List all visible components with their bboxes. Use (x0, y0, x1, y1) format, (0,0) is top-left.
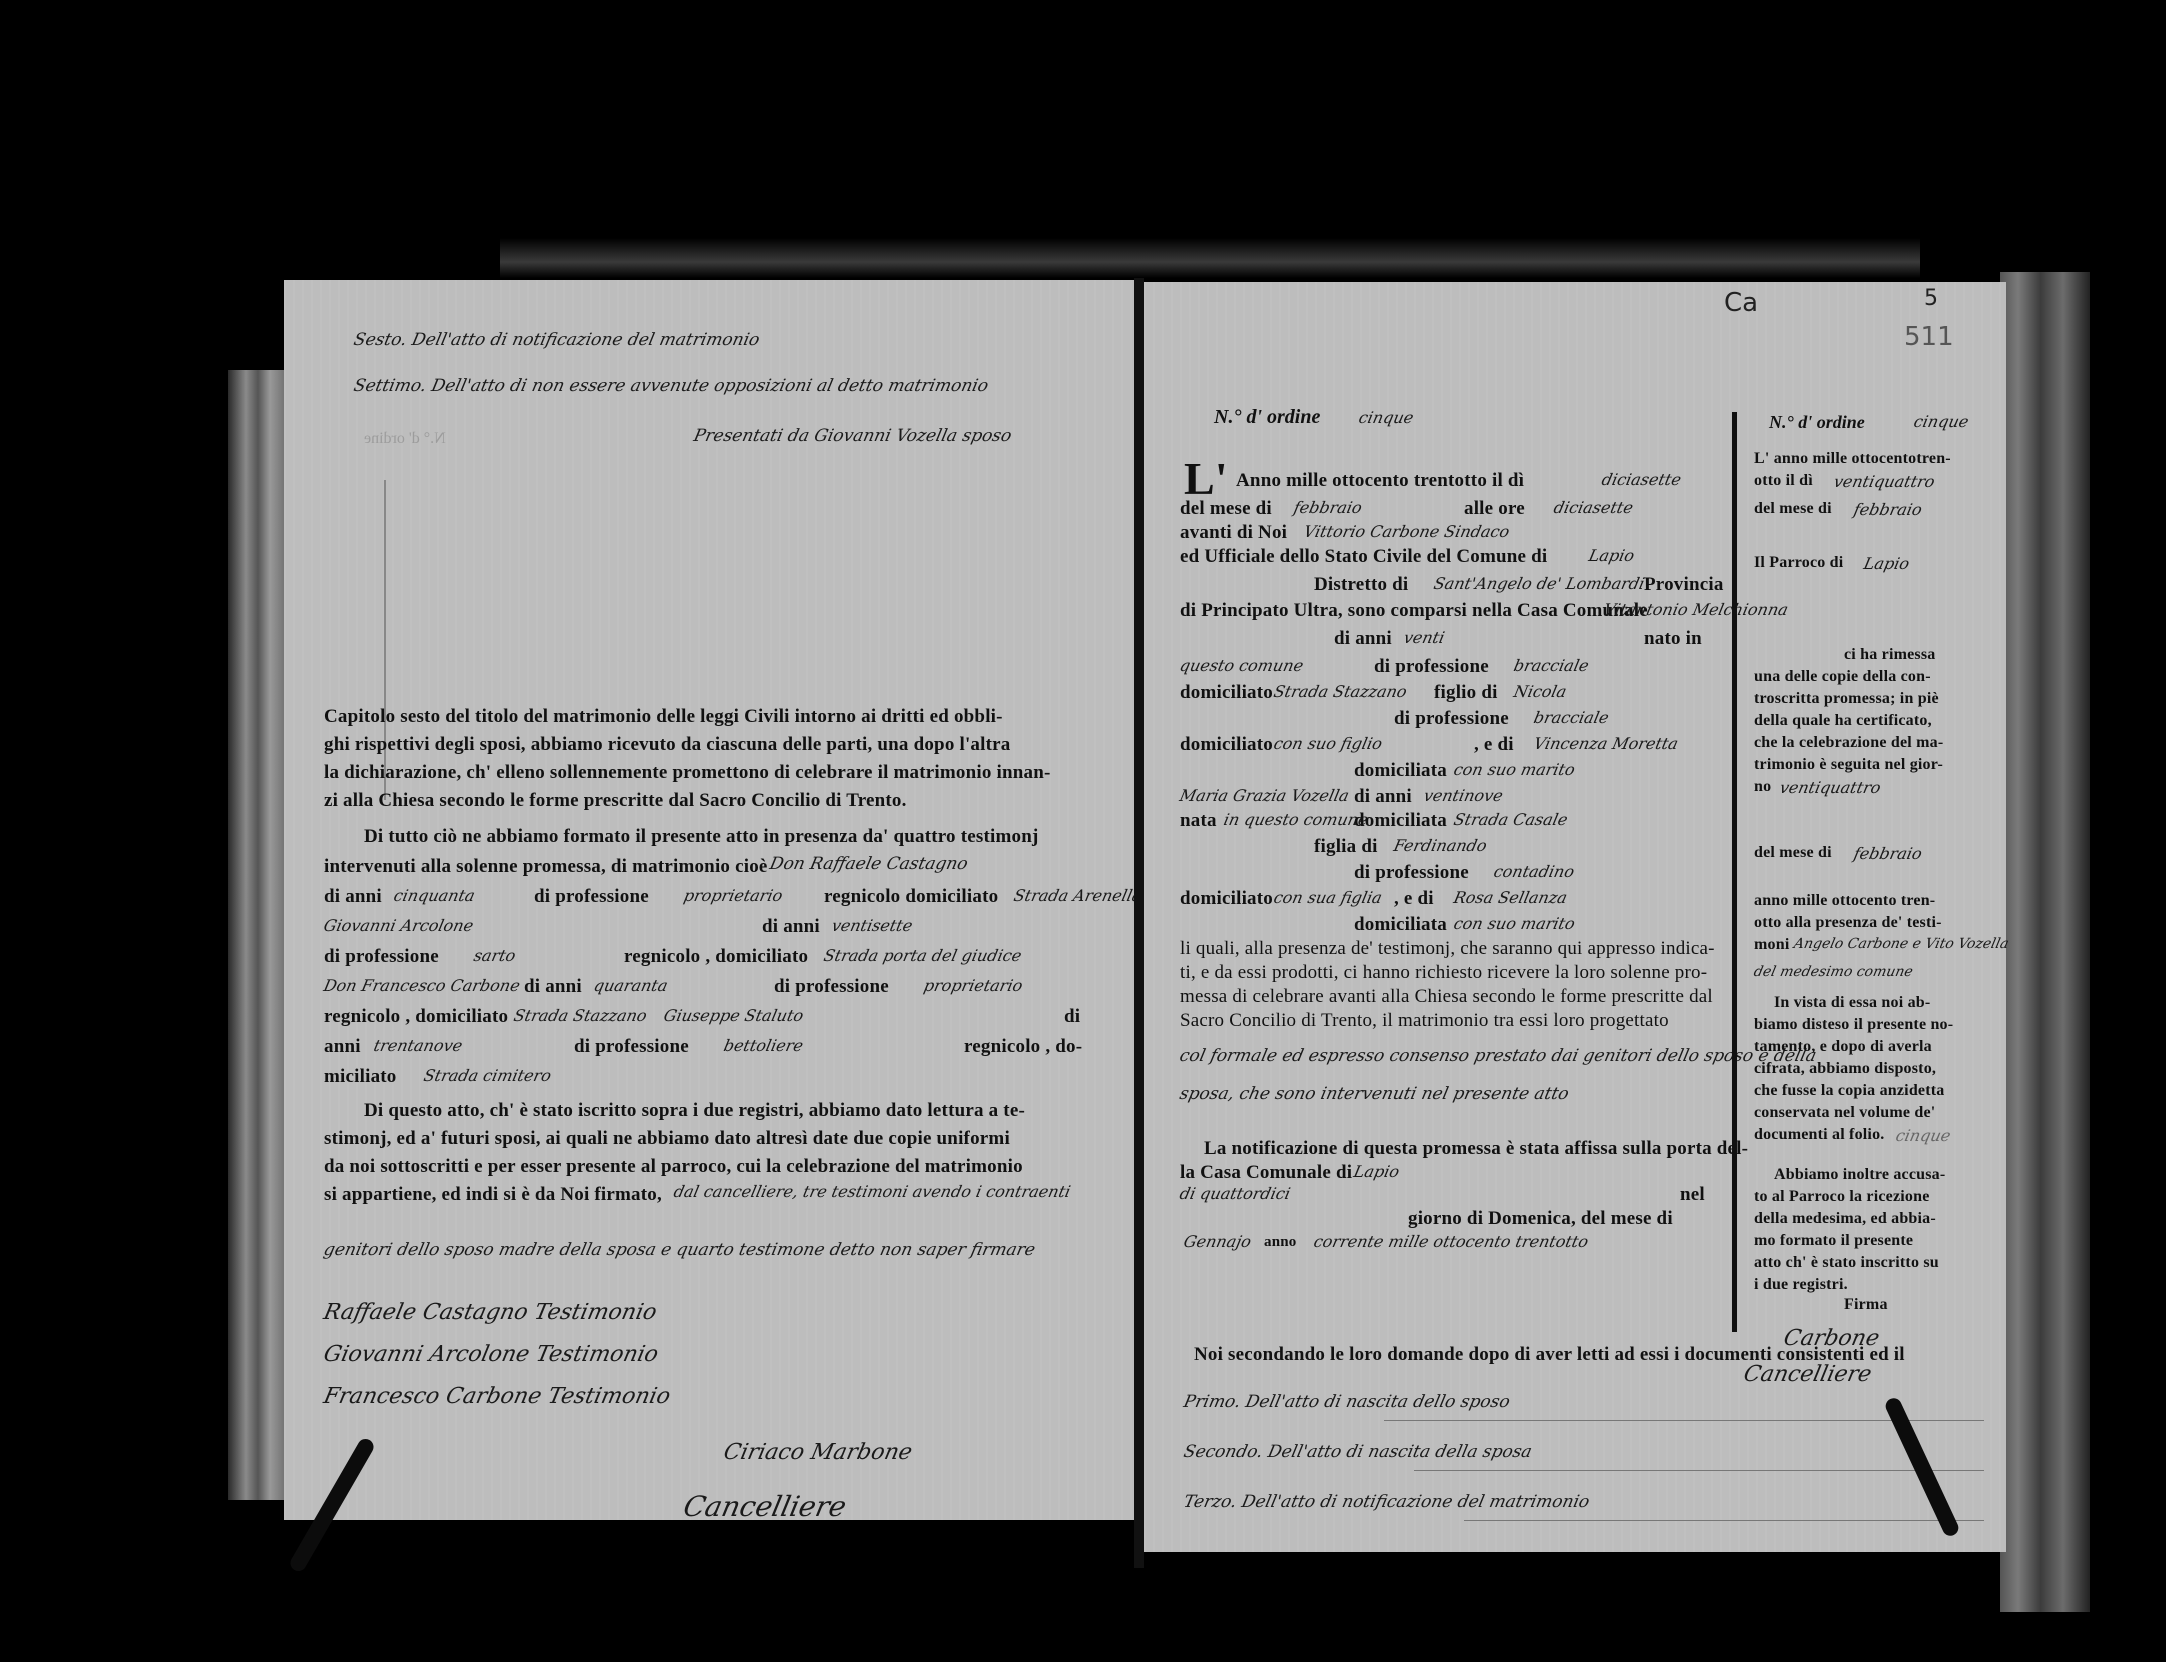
day-value: diciasette (1600, 470, 1683, 489)
margin-rimessa-line: della quale ha certificato, (1754, 712, 1932, 730)
label-di-professione: di professione (1394, 708, 1509, 730)
margin-folio-value: cinque (1894, 1126, 1952, 1145)
margin-mese-value: febbraio (1852, 500, 1924, 519)
document-item: Primo. Dell'atto di nascita dello sposo (1182, 1392, 1512, 1412)
margin-parroco-value: Lapio (1862, 554, 1911, 573)
margin-anno-line: otto il dì (1754, 472, 1813, 490)
margin-vista-line: che fusse la copia anzidetta (1754, 1082, 1944, 1100)
bride-age: ventinove (1422, 786, 1505, 805)
right-page: Ca 5 511 N.° d' ordine cinque L' Anno mi… (1144, 282, 2006, 1552)
groom-mother-domicile: con suo marito (1452, 760, 1577, 779)
label-distretto: Distretto di (1314, 574, 1408, 596)
body-line: li quali, alla presenza de' testimonj, c… (1180, 938, 1715, 960)
margin-rimessa-line: ci ha rimessa (1844, 646, 1935, 664)
closing-handwritten-2: genitori dello sposo madre della sposa e… (322, 1240, 1037, 1260)
witness-1-profession: proprietario (682, 886, 784, 905)
witness-2-profession: sarto (472, 946, 518, 965)
label-di-anni: di anni (324, 886, 382, 908)
closing-line: da noi sottoscritti e per esser presente… (324, 1156, 1023, 1178)
sindaco-signature: Ciriaco Marbone (721, 1440, 914, 1465)
cancelliere-signature: Cancelliere (680, 1490, 849, 1523)
label-di-professione: di professione (534, 886, 649, 908)
label-nato-in: nato in (1644, 628, 1702, 650)
open-register-book: N.° d' ordine Sesto. Dell'atto di notifi… (0, 0, 2166, 1662)
groom-profession: bracciale (1512, 656, 1591, 675)
document-item: Terzo. Dell'atto di notificazione del ma… (1182, 1492, 1591, 1512)
margin-testimoni-value-2: del medesimo comune (1752, 964, 1914, 980)
label-provincia: Provincia (1644, 574, 1724, 596)
body-line: messa di celebrare avanti alla Chiesa se… (1180, 986, 1713, 1008)
label-domiciliato: domiciliato (1180, 734, 1273, 756)
label-di-anni: di anni (762, 916, 820, 938)
margin-inoltre-line: to al Parroco la ricezione (1754, 1188, 1930, 1206)
closing-line: si appartiene, ed indi si è da Noi firma… (324, 1184, 662, 1206)
witness-4-name: Giuseppe Staluto (662, 1006, 805, 1025)
label-di-anni: di anni (524, 976, 582, 998)
handwritten-presented-by: Presentati da Giovanni Vozella sposo (692, 426, 1014, 446)
line-anno: Anno mille ottocento trentotto il dì (1236, 470, 1524, 492)
margin-firma-label: Firma (1844, 1296, 1888, 1314)
page-clip (288, 1436, 377, 1574)
folio-mark: Ca (1724, 288, 1758, 318)
witness-1-domicile: Strada Arenella (1012, 886, 1144, 905)
bride-name: Maria Grazia Vozella (1178, 786, 1351, 805)
margin-rimessa-line: che la celebrazione del ma- (1754, 734, 1943, 752)
hour-value: diciasette (1552, 498, 1635, 517)
bride-mother-domicile: con suo marito (1452, 914, 1577, 933)
notification-month: Gennajo (1182, 1232, 1253, 1251)
ruled-line (1414, 1470, 1984, 1471)
margin-rimessa-line: trimonio è seguita nel gior- (1754, 756, 1943, 774)
official-value: Vittorio Carbone Sindaco (1302, 522, 1511, 541)
label-figlia-di: figlia di (1314, 836, 1378, 858)
margin-inoltre-line: i due registri. (1754, 1276, 1848, 1294)
month-value: febbraio (1292, 498, 1364, 517)
label-anni: anni (324, 1036, 361, 1058)
folio-pencil-number: 511 (1904, 322, 1954, 352)
bride-father-profession: contadino (1492, 862, 1576, 881)
label-di-anni: di anni (1334, 628, 1392, 650)
margin-vista-line: cifrata, abbiamo disposto, (1754, 1060, 1936, 1078)
body-line: la dichiarazione, ch' elleno sollennemen… (324, 762, 1051, 784)
witness-2-domicile: Strada porta del giudice (822, 946, 1023, 965)
groom-father-profession: bracciale (1532, 708, 1611, 727)
bride-domicile: Strada Casale (1452, 810, 1570, 829)
witness-1-name: Don Raffaele Castagno (768, 854, 970, 874)
distretto-value: Sant'Angelo de' Lombardi (1432, 574, 1646, 593)
principato-line: di Principato Ultra, sono comparsi nella… (1180, 600, 1648, 622)
margin-order-value: cinque (1912, 412, 1970, 431)
bleed-through-text: N.° d' ordine (364, 430, 446, 448)
left-page-stack (228, 370, 288, 1500)
witness-signature: Giovanni Arcolone Testimonio (321, 1342, 660, 1367)
label-di-professione: di professione (1374, 656, 1489, 678)
label-figlio-di: figlio di (1434, 682, 1498, 704)
page-number: 5 (1924, 286, 1938, 311)
groom-birthplace: questo comune (1178, 656, 1305, 675)
margin-rimessa-line: una delle copie della con- (1754, 668, 1931, 686)
witness-intro: Di tutto ciò ne abbiamo formato il prese… (364, 826, 1039, 848)
label-domiciliata: domiciliata (1354, 914, 1447, 936)
page-clip (1883, 1396, 1961, 1539)
bride-father-domicile: con sua figlia (1272, 888, 1384, 907)
margin-vista-line: In vista di essa noi ab- (1774, 994, 1930, 1012)
groom-father-domicile: con suo figlio (1272, 734, 1384, 753)
label-mese: del mese di (1180, 498, 1272, 520)
body-line: zi alla Chiesa secondo le forme prescrit… (324, 790, 907, 812)
label-domiciliata: domiciliata (1354, 810, 1447, 832)
right-page-stack (2000, 272, 2090, 1612)
margin-mese2-value: febbraio (1852, 844, 1924, 863)
bride-father: Ferdinando (1392, 836, 1489, 855)
label-avanti: avanti di Noi (1180, 522, 1287, 544)
label-di-professione: di professione (1354, 862, 1469, 884)
body-handwritten: col formale ed espresso consenso prestat… (1178, 1046, 1818, 1066)
left-page: N.° d' ordine Sesto. Dell'atto di notifi… (284, 280, 1134, 1520)
margin-rimessa-line: troscritta promessa; in piè (1754, 690, 1939, 708)
margin-vista-line: documenti al folio. (1754, 1126, 1884, 1144)
notification-day: di quattordici (1178, 1184, 1292, 1203)
groom-name: Vitantonio Melchionna (1602, 600, 1790, 619)
label-regnicolo-domiciliato: regnicolo domiciliato (824, 886, 998, 908)
margin-order-label: N.° d' ordine (1769, 412, 1865, 433)
notification-comune: Lapio (1352, 1162, 1401, 1181)
witness-2-name: Giovanni Arcolone (322, 916, 475, 935)
label-domiciliato: domiciliato (1180, 682, 1273, 704)
label-giorno: giorno di Domenica, del mese di (1408, 1208, 1673, 1230)
label-miciliato: miciliato (324, 1066, 397, 1088)
witness-4-domicile: Strada cimitero (422, 1066, 553, 1085)
margin-vista-line: conservata nel volume de' (1754, 1104, 1935, 1122)
document-item: Secondo. Dell'atto di nascita della spos… (1182, 1442, 1534, 1462)
margin-anno-line: L' anno mille ottocentotren- (1754, 450, 1951, 468)
witness-intro-2: intervenuti alla solenne promessa, di ma… (324, 856, 768, 878)
ruled-line (1464, 1520, 1984, 1521)
margin-inoltre-line: della medesima, ed abbia- (1754, 1210, 1936, 1228)
margin-signature: Cancelliere (1741, 1362, 1873, 1387)
witness-3-domicile: Strada Stazzano (512, 1006, 649, 1025)
order-number-label: N.° d' ordine (1214, 406, 1320, 429)
groom-domicile: Strada Stazzano (1272, 682, 1409, 701)
label-ore: alle ore (1464, 498, 1525, 520)
label-regnicolo-domiciliato: regnicolo , domiciliato (324, 1006, 508, 1028)
witness-4-profession: bettoliere (722, 1036, 805, 1055)
margin-presenza-line: otto alla presenza de' testi- (1754, 914, 1942, 932)
margin-inoltre-line: Abbiamo inoltre accusa- (1774, 1166, 1945, 1184)
witness-signature: Francesco Carbone Testimonio (321, 1384, 672, 1409)
margin-inoltre-line: atto ch' è stato inscritto su (1754, 1254, 1939, 1272)
witness-signature: Raffaele Castagno Testimonio (321, 1300, 659, 1325)
handwritten-note-settimo: Settimo. Dell'atto di non essere avvenut… (352, 376, 990, 396)
groom-father: Nicola (1512, 682, 1568, 701)
notification-year: corrente mille ottocento trentotto (1312, 1232, 1590, 1251)
margin-anno-day: ventiquattro (1832, 472, 1937, 491)
label-di-professione: di professione (774, 976, 889, 998)
bride-mother: Rosa Sellanza (1452, 888, 1569, 907)
margin-giorno-label: no (1754, 778, 1771, 796)
bride-birthplace: in questo comune (1222, 810, 1370, 829)
margin-divider (1732, 412, 1737, 1332)
label-anno: anno (1264, 1234, 1297, 1251)
witness-3-name: Don Francesco Carbone (322, 976, 522, 995)
book-gutter (1134, 278, 1144, 1568)
label-di-professione: di professione (574, 1036, 689, 1058)
book-top-edge (500, 238, 1920, 278)
body-line: ghi rispettivi degli sposi, abbiamo rice… (324, 734, 1010, 756)
order-number-value: cinque (1357, 408, 1415, 427)
body-line: Capitolo sesto del titolo del matrimonio… (324, 706, 1003, 728)
closing-line: stimonj, ed a' futuri sposi, ai quali ne… (324, 1128, 1010, 1150)
groom-age: venti (1402, 628, 1446, 647)
label-di-anni: di anni (1354, 786, 1412, 808)
notification-line: la Casa Comunale di (1180, 1162, 1352, 1184)
label-nata: nata (1180, 810, 1217, 832)
margin-inoltre-line: mo formato il presente (1754, 1232, 1913, 1250)
groom-mother: Vincenza Moretta (1532, 734, 1680, 753)
closing-line: Di questo atto, ch' è stato iscritto sop… (364, 1100, 1025, 1122)
margin-mese2-label: del mese di (1754, 844, 1832, 862)
label-e-di: , e di (1394, 888, 1434, 910)
witness-3-age: quaranta (592, 976, 670, 995)
label-domiciliata: domiciliata (1354, 760, 1447, 782)
margin-mese-label: del mese di (1754, 500, 1832, 518)
notification-line: La notificazione di questa promessa è st… (1204, 1138, 1748, 1160)
margin-testimoni-label: moni (1754, 936, 1789, 954)
label-nel: nel (1680, 1184, 1705, 1206)
label-di-professione: di professione (324, 946, 439, 968)
margin-giorno-value: ventiquattro (1778, 778, 1883, 797)
body-handwritten: sposa, che sono intervenuti nel presente… (1178, 1084, 1571, 1104)
label-regnicolo-do: regnicolo , do- (964, 1036, 1082, 1058)
witness-3-profession: proprietario (922, 976, 1024, 995)
margin-testimoni-value: Angelo Carbone e Vito Vozella (1792, 936, 2010, 952)
margin-vista-line: tamento, e dopo di averla (1754, 1038, 1932, 1056)
comune-value: Lapio (1587, 546, 1636, 565)
label-e-di: , e di (1474, 734, 1514, 756)
label-di: di (1064, 1006, 1080, 1028)
witness-1-age: cinquanta (392, 886, 477, 905)
label-ufficiale: ed Ufficiale dello Stato Civile del Comu… (1180, 546, 1547, 568)
margin-signature: Carbone (1781, 1326, 1881, 1351)
label-regnicolo-domiciliato: regnicolo , domiciliato (624, 946, 808, 968)
body-line: ti, e da essi prodotti, ci hanno richies… (1180, 962, 1707, 984)
witness-4-age: trentanove (372, 1036, 464, 1055)
body-line: Sacro Concilio di Trento, il matrimonio … (1180, 1010, 1669, 1032)
witness-2-age: ventisette (830, 916, 914, 935)
margin-presenza-line: anno mille ottocento tren- (1754, 892, 1935, 910)
margin-vista-line: biamo disteso il presente no- (1754, 1016, 1953, 1034)
margin-parroco-label: Il Parroco di (1754, 554, 1843, 572)
handwritten-note-sesto: Sesto. Dell'atto di notificazione del ma… (352, 330, 762, 350)
closing-handwritten: dal cancelliere, tre testimoni avendo i … (672, 1182, 1072, 1201)
label-domiciliato: domiciliato (1180, 888, 1273, 910)
